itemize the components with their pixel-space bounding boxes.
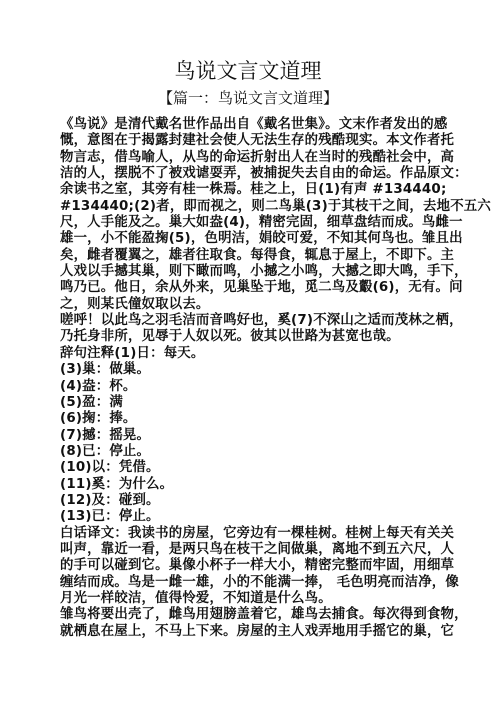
document-subtitle: 【篇一：鸟说文言文道理】 — [0, 88, 496, 108]
annotation-line: (8)已：停止。 — [60, 444, 450, 460]
annotation-line: (4)盎：杯。 — [60, 379, 450, 395]
annotation-line: 辞句注释(1)日：每天。 — [60, 346, 450, 362]
text-line: 之，则某氏僮奴取以去。 — [60, 297, 450, 313]
document-title: 鸟说文言文道理 — [0, 58, 496, 84]
translation-line: 缠结而成。鸟是一雌一雄，小的不能满一捧， 毛色明亮而洁净，像 — [60, 575, 450, 591]
text-line: 物言志，借鸟喻人，从鸟的命运折射出人在当时的残酷社会中，高 — [60, 150, 450, 166]
text-line: 尺，人手能及之。巢大如盎(4)，精密完固，细草盘结而成。鸟雌一 — [60, 215, 450, 231]
translation-line: 就栖息在屋上，不马上下来。房屋的主人戏弄地用手摇它的巢，它 — [60, 624, 450, 640]
translation-line: 叫声，靠近一看，是两只鸟在枝干之间做巢，离地不到五六尺，人 — [60, 542, 450, 558]
text-line: 雄一，小不能盈掬(5)，色明洁，娟皎可爱，不知其何鸟也。雏且出 — [60, 231, 450, 247]
translation-line: 雏鸟将要出壳了，雌鸟用翅膀盖着它，雄鸟去捕食。每次得到食物， — [60, 607, 450, 623]
annotation-line: (12)及：碰到。 — [60, 493, 450, 509]
text-line: 嗟呼！以此鸟之羽毛洁而音鸣好也，奚(7)不深山之适而茂林之栖， — [60, 313, 450, 329]
text-line: 余读书之室，其旁有桂一株焉。桂之上，日(1)有声 #134440; — [60, 182, 450, 198]
translation-line: 月光一样皎洁，值得怜爱，不知道是什么鸟。 — [60, 591, 450, 607]
annotation-line: (10)以：凭借。 — [60, 460, 450, 476]
annotation-line: (3)巢：做巢。 — [60, 362, 450, 378]
annotation-line: (7)撼：摇晃。 — [60, 428, 450, 444]
translation-line: 白话译文：我读书的房屋，它旁边有一棵桂树。桂树上每天有关关 — [60, 526, 450, 542]
text-line: 洁的人，摆脱不了被戏谑耍弄，被捕捉失去自由的命运。作品原文： — [60, 166, 450, 182]
text-line: 乃托身非所，见辱于人奴以死。彼其以世路为甚宽也哉。 — [60, 329, 450, 345]
text-line: 人戏以手撼其巢，则下瞰而鸣，小撼之小鸣，大撼之即大鸣，手下， — [60, 264, 450, 280]
text-line: 慨，意图在于揭露封建社会使人无法生存的残酷现实。本文作者托 — [60, 133, 450, 149]
text-line: 鸣乃已。他日，余从外来，见巢坠于地，觅二鸟及鷇(6)，无有。问 — [60, 280, 450, 296]
annotation-line: (13)已：停止。 — [60, 509, 450, 525]
text-line: #134440;(2)者，即而视之，则二鸟巢(3)于其枝干之间，去地不五六 — [60, 199, 450, 215]
annotation-line: (5)盈：满 — [60, 395, 450, 411]
annotation-line: (11)奚：为什么。 — [60, 477, 450, 493]
translation-line: 的手可以碰到它。巢像小杯子一样大小，精密完整而牢固，用细草 — [60, 558, 450, 574]
text-line: 《鸟说》是清代戴名世作品出自《戴名世集》。文末作者发出的感 — [60, 117, 450, 133]
text-line: 矣，雌者覆翼之，雄者往取食。每得食，辄息于屋上，不即下。主 — [60, 248, 450, 264]
document-page: 鸟说文言文道理 【篇一：鸟说文言文道理】 《鸟说》是清代戴名世作品出自《戴名世集… — [0, 0, 496, 702]
document-body: 《鸟说》是清代戴名世作品出自《戴名世集》。文末作者发出的感 慨，意图在于揭露封建… — [60, 117, 450, 640]
annotation-line: (6)掬：捧。 — [60, 411, 450, 427]
